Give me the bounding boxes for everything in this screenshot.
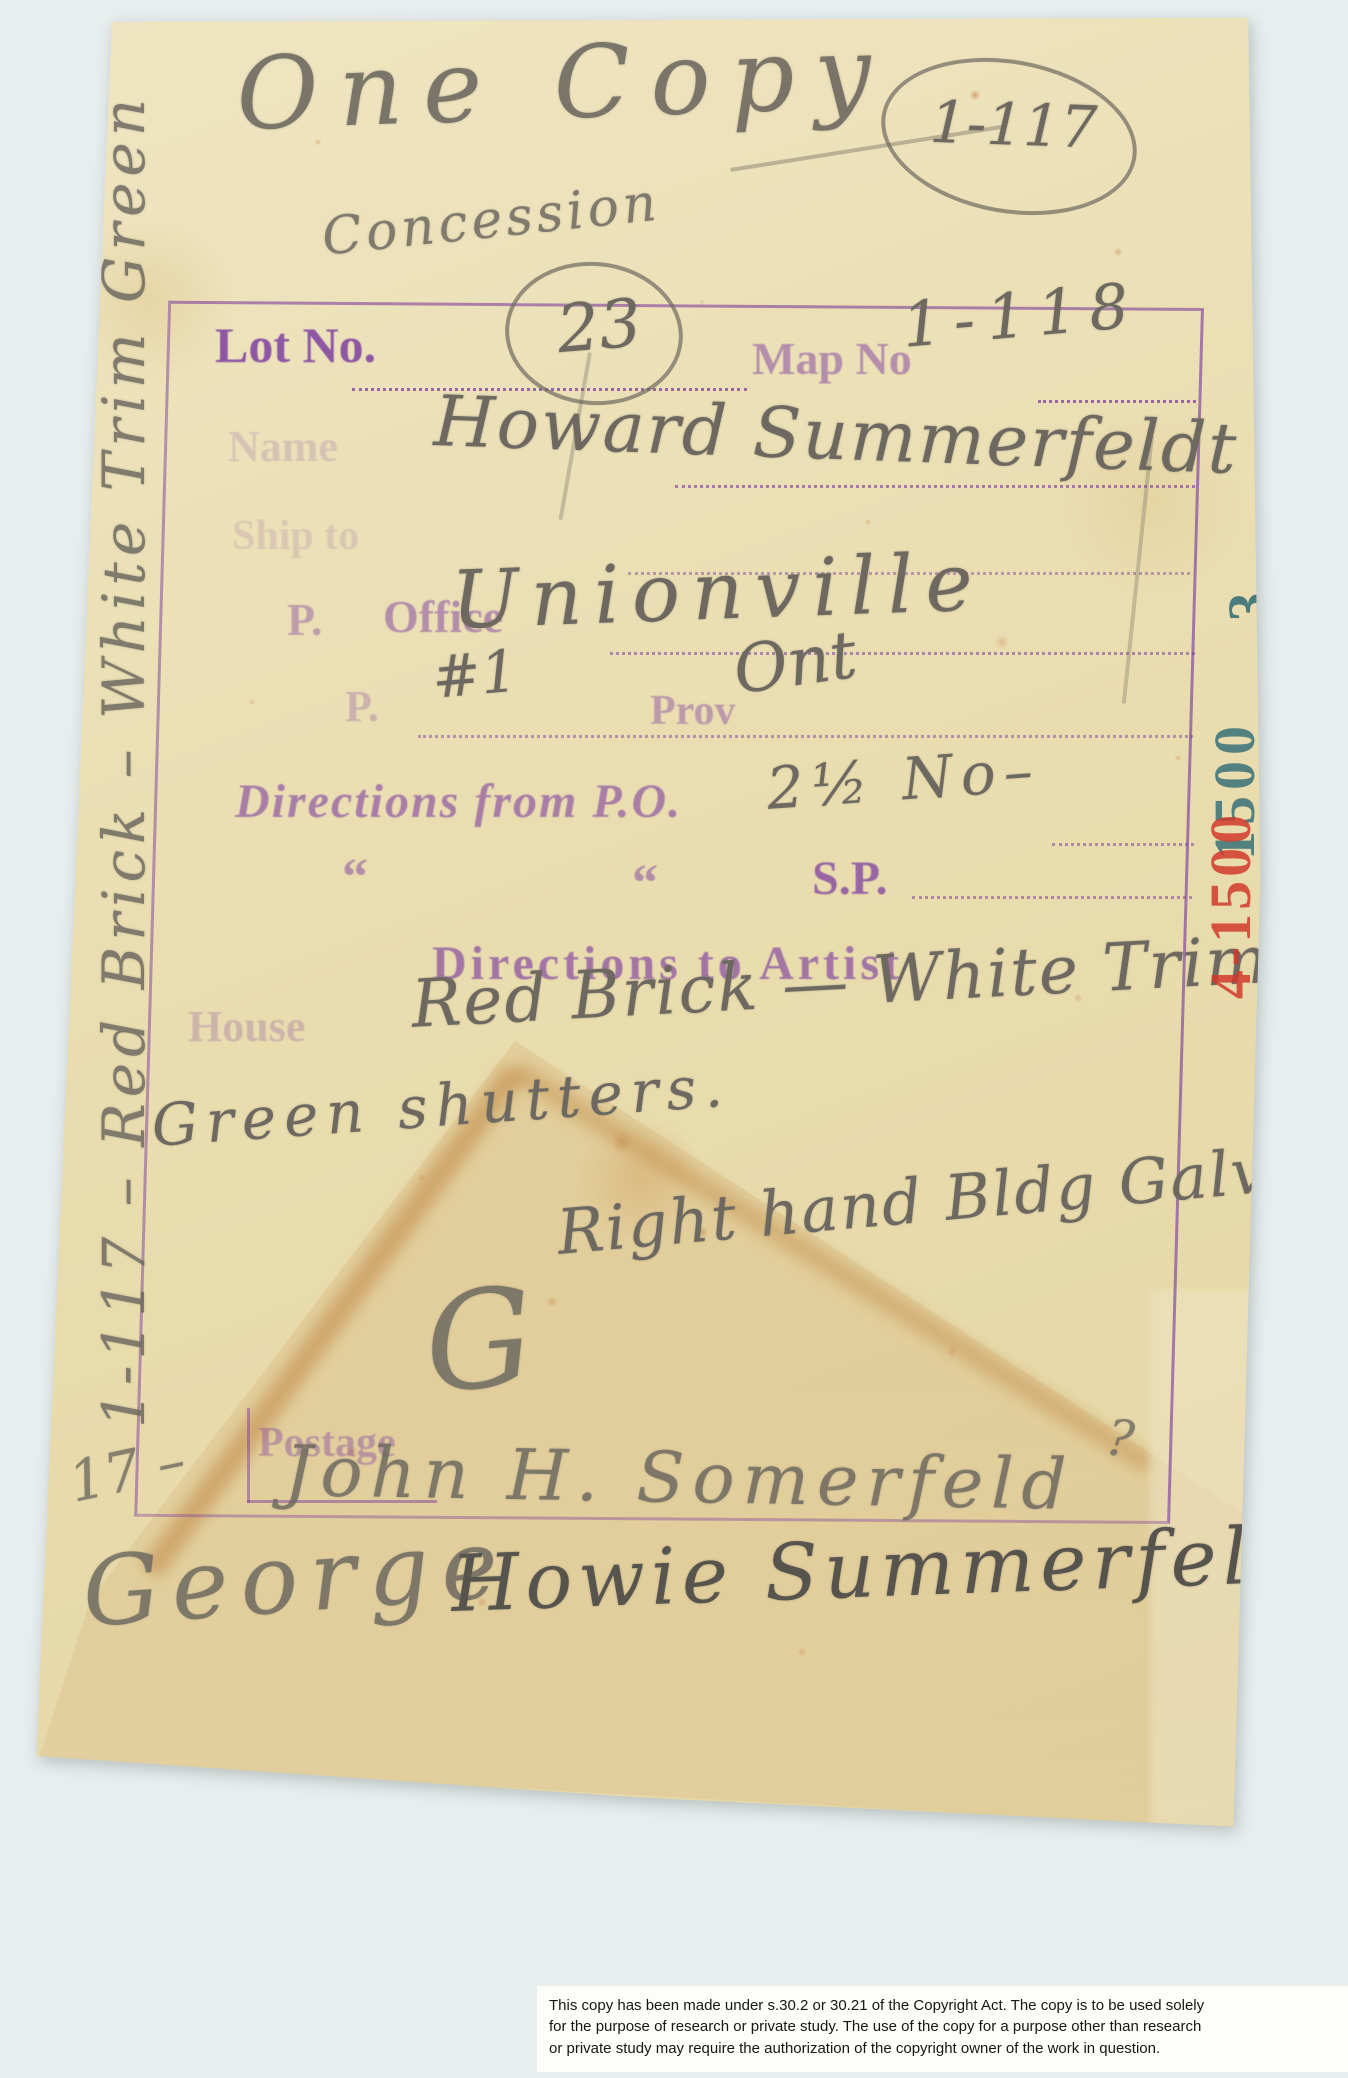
- route-p-label-ghost: P.: [345, 685, 379, 729]
- ditto-mark-1: “: [342, 852, 368, 904]
- sp-label: S.P.: [812, 855, 888, 903]
- rural-route-value: #1: [430, 645, 520, 704]
- photo-card-verso: Lot No. Map No Name Ship to P. Office P.…: [0, 0, 1348, 2078]
- house-label-ghost: House: [188, 1005, 305, 1049]
- post-office-dotted-line: [610, 652, 1195, 655]
- copyright-notice-box: This copy has been made under s.30.2 or …: [537, 1986, 1348, 2072]
- concession-number-value: 23: [555, 293, 644, 359]
- route-dotted-line: [418, 735, 1193, 738]
- big-g-letter: G: [420, 1276, 538, 1406]
- copyright-line-2: for the purpose of research or private s…: [549, 2016, 1336, 2037]
- ditto-mark-2: “: [632, 858, 658, 910]
- circled-top-number: 1-117: [869, 39, 1150, 234]
- concession-note: Concession: [320, 180, 662, 262]
- postage-cell-bracket-vertical: [247, 1408, 250, 1503]
- blue-3-stamp: 3: [1220, 577, 1280, 637]
- directions-po-dotted-line: [1052, 843, 1194, 846]
- province-value: Ont: [730, 625, 860, 701]
- directions-from-po-value: 2½ No–: [765, 744, 1042, 815]
- lot-no-label: Lot No.: [215, 320, 376, 370]
- map-no-value: 1-118: [900, 277, 1143, 353]
- map-no-label: Map No: [752, 336, 912, 382]
- post-office-value: Unionville: [450, 546, 986, 637]
- ship-to-label-ghost: Ship to: [232, 515, 359, 557]
- sp-dotted-line: [912, 896, 1192, 899]
- directions-from-po-label: Directions from P.O.: [235, 778, 682, 826]
- bottom-name-george: George: [80, 1520, 512, 1636]
- top-number-value: 1-117: [929, 96, 1098, 154]
- bottom-name-john: John H. Somerfeld: [284, 1440, 1075, 1517]
- po-p-label: P.: [287, 597, 322, 643]
- copyright-line-1: This copy has been made under s.30.2 or …: [549, 1995, 1336, 2016]
- photo-card-wrapper: Lot No. Map No Name Ship to P. Office P.…: [0, 0, 1348, 2078]
- copyright-line-3: or private study may require the authori…: [549, 2038, 1336, 2059]
- name-label-ghost: Name: [228, 425, 338, 469]
- one-copy-note: One Copy: [235, 27, 892, 140]
- red-4-1500-stamp: 4-1500: [1202, 735, 1274, 1075]
- left-margin-note: 1-117 – Red Brick – White Trim Green: [98, 128, 150, 1428]
- prov-label: Prov: [650, 690, 736, 732]
- scan-background: { "pencil": { "top_note": "One Copy", "t…: [0, 0, 1348, 2078]
